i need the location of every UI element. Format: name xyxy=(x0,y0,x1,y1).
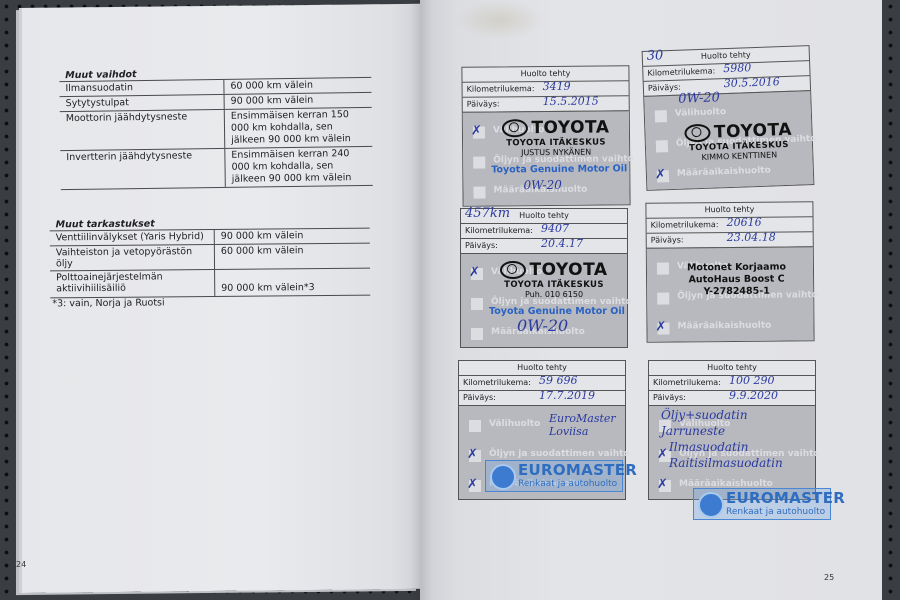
header-handwritten-note: 30 xyxy=(647,48,664,64)
dealer-stamp: TOYOTATOYOTA ITÄKESKUSPuh. 010 6150 xyxy=(489,260,619,299)
row-interval: 60 000 km välein xyxy=(214,244,370,269)
mileage-value: 20616 xyxy=(727,216,762,230)
check-mark: ✗ xyxy=(657,477,668,492)
handwritten-note: 0W-20 xyxy=(678,90,720,106)
euromaster-stamp: EUROMASTERRenkaat ja autohuolto xyxy=(693,488,831,520)
stamp-line1: TOYOTA ITÄKESKUS xyxy=(489,280,619,290)
other-inspections-table: Muut tarkastukset Venttiilinvälykset (Ya… xyxy=(50,217,371,310)
page-number-right: 25 xyxy=(824,573,834,582)
row-interval: 90 000 km välein xyxy=(214,229,370,244)
date-field: Päiväys:17.7.2019 xyxy=(459,391,625,406)
checkbox-2[interactable] xyxy=(471,298,483,310)
check-mark: ✗ xyxy=(657,447,668,462)
service-card: Huolto tehtyKilometrilukema:59 696Päiväy… xyxy=(458,360,626,500)
other-replacements-table: Muut vaihdot Ilmansuodatin 60 000 km väl… xyxy=(59,66,373,190)
date-value: 23.04.18 xyxy=(727,231,776,245)
handwritten-note: Ilmasuodatin xyxy=(669,440,748,454)
stamp-brand: TOYOTA xyxy=(491,117,621,138)
check-mark: ✗ xyxy=(467,447,478,462)
stamp-line: AutoHaus Boost C xyxy=(687,274,786,287)
checkbox-label: Määräaikaishuolto xyxy=(677,321,771,332)
checkbox-area: VälihuoltoÖljyn ja suodattimen vaihtoMää… xyxy=(644,90,813,190)
checkbox-3[interactable] xyxy=(473,187,485,199)
table-row: Venttiilinvälykset (Yaris Hybrid) 90 000… xyxy=(50,228,370,246)
row-interval: Ensimmäisen kerran 240 000 km kohdalla, … xyxy=(224,147,373,187)
row-item: Invertterin jäähdytysneste xyxy=(60,149,225,189)
table-row: Vaihteiston ja vetopyörästön öljy 60 000… xyxy=(50,243,370,271)
check-mark: ✗ xyxy=(469,265,480,280)
checkbox-1[interactable] xyxy=(655,110,667,122)
checkbox-2[interactable] xyxy=(473,157,485,169)
date-value: 9.9.2020 xyxy=(729,389,778,403)
checkbox-label: Öljyn ja suodattimen vaihto xyxy=(489,449,630,459)
stamp-line1: TOYOTA ITÄKESKUS xyxy=(491,137,621,148)
handwritten-note: EuroMaster Loviisa xyxy=(549,412,619,438)
checkbox-1[interactable] xyxy=(657,263,669,275)
row-item: Moottorin jäähdytysneste xyxy=(60,110,225,150)
euromaster-logo-icon xyxy=(490,464,516,490)
stamp-line: Y-2782485-1 xyxy=(687,286,786,299)
page-stain xyxy=(455,0,545,40)
euromaster-tagline: Renkaat ja autohuolto xyxy=(726,507,825,517)
row-item: Polttoainejärjestelmän aktiivihiilisäili… xyxy=(50,270,214,297)
handwritten-note: Jarruneste xyxy=(661,424,725,438)
checkbox-label: Määräaikaishuolto xyxy=(677,166,771,179)
service-card: Huolto tehtyKilometrilukema:100 290Päivä… xyxy=(648,360,816,500)
table-row: Moottorin jäähdytysneste Ensimmäisen ker… xyxy=(60,107,373,150)
row-item: Ilmansuodatin xyxy=(59,80,223,96)
date-value: 20.4.17 xyxy=(541,237,583,251)
table-row: Invertterin jäähdytysneste Ensimmäisen k… xyxy=(60,146,373,189)
row-interval: 60 000 km välein xyxy=(223,78,371,94)
service-card: Huolto tehtyKilometrilukema:20616Päiväys… xyxy=(645,201,814,342)
checkbox-area: Välihuolto✗Öljyn ja suodattimen vaihtoMä… xyxy=(463,110,630,205)
euromaster-tagline: Renkaat ja autohuolto xyxy=(518,479,617,489)
date-value: 17.7.2019 xyxy=(539,389,595,403)
checkbox-area: Välihuolto✗Öljyn ja suodattimen vaihtoMä… xyxy=(461,253,627,347)
euromaster-name: EUROMASTER xyxy=(726,489,845,507)
checkbox-2[interactable] xyxy=(657,293,669,305)
garage-stamp: Motonet KorjaamoAutoHaus Boost CY-278248… xyxy=(687,262,786,299)
handwritten-note: Raitisilmasuodatin xyxy=(669,456,783,470)
row-item: Venttiilinvälykset (Yaris Hybrid) xyxy=(50,230,214,245)
date-field: Päiväys:20.4.17 xyxy=(461,239,627,254)
check-mark: ✗ xyxy=(655,320,666,335)
checkbox-label: Välihuolto xyxy=(675,107,727,119)
dealer-stamp: TOYOTATOYOTA ITÄKESKUSJUSTUS NYKÄNEN xyxy=(491,117,621,157)
euromaster-stamp: EUROMASTERRenkaat ja autohuolto xyxy=(485,460,623,492)
toyota-logo-icon xyxy=(500,261,526,279)
row-item: Sytytystulpat xyxy=(60,95,224,111)
oil-stamp: Toyota Genuine Motor Oil xyxy=(491,163,627,175)
mileage-value: 9407 xyxy=(541,222,569,236)
mileage-value: 3419 xyxy=(543,80,571,94)
table-row: Polttoainejärjestelmän aktiivihiilisäili… xyxy=(50,268,370,298)
dealer-stamp: TOYOTATOYOTA ITÄKESKUSKIMMO KENTTINEN xyxy=(673,119,804,163)
toyota-logo-icon xyxy=(502,119,528,137)
row-item: Vaihteiston ja vetopyörästön öljy xyxy=(50,245,214,270)
header-handwritten-note: 457km xyxy=(465,206,510,221)
date-value: 15.5.2015 xyxy=(543,95,599,109)
service-card: Huolto tehtyKilometrilukema:3419Päiväys:… xyxy=(461,65,630,206)
stamp-line: Motonet Korjaamo xyxy=(687,262,786,275)
checkbox-area: VälihuoltoÖljyn ja suodattimen vaihto✗Mä… xyxy=(649,405,815,499)
toyota-logo-icon xyxy=(685,124,712,143)
row-interval: 90 000 km välein*3 xyxy=(214,269,370,296)
checkbox-3[interactable] xyxy=(471,328,483,340)
service-card: Huolto tehty30Kilometrilukema:5980Päiväy… xyxy=(642,45,815,191)
mileage-value: 100 290 xyxy=(729,374,775,388)
euromaster-name: EUROMASTER xyxy=(518,461,637,479)
handwritten-note: 0W-20 xyxy=(517,316,568,335)
euromaster-logo-icon xyxy=(698,492,724,518)
checkbox-area: VälihuoltoÖljyn ja suodattimen vaihtoMää… xyxy=(647,246,814,341)
checkbox-label: Välihuolto xyxy=(489,419,540,429)
stamp-brand: TOYOTA xyxy=(489,260,619,280)
mileage-value: 5980 xyxy=(723,61,751,76)
stamp-line2: JUSTUS NYKÄNEN xyxy=(491,147,621,157)
date-value: 30.5.2016 xyxy=(724,75,780,91)
handwritten-note: Öljy+suodatin xyxy=(661,408,748,422)
row-interval: Ensimmäisen kerran 150 000 km kohdalla, … xyxy=(224,108,373,148)
checkbox-area: VälihuoltoÖljyn ja suodattimen vaihto✗Mä… xyxy=(459,405,625,499)
checkbox-1[interactable] xyxy=(469,420,481,432)
page-number-left: 24 xyxy=(16,560,26,569)
check-mark: ✗ xyxy=(471,124,482,139)
date-field: Päiväys:9.9.2020 xyxy=(649,391,815,406)
checkbox-2[interactable] xyxy=(656,140,668,152)
stamp-line2: Puh. 010 6150 xyxy=(489,290,619,299)
row-interval: 90 000 km välein xyxy=(224,93,372,109)
check-mark: ✗ xyxy=(467,477,478,492)
check-mark: ✗ xyxy=(655,167,666,182)
book-gutter xyxy=(410,0,432,600)
mileage-value: 59 696 xyxy=(539,374,578,388)
handwritten-note: 0W-20 xyxy=(523,178,562,192)
service-card: Huolto tehty457kmKilometrilukema:9407Päi… xyxy=(460,208,628,348)
